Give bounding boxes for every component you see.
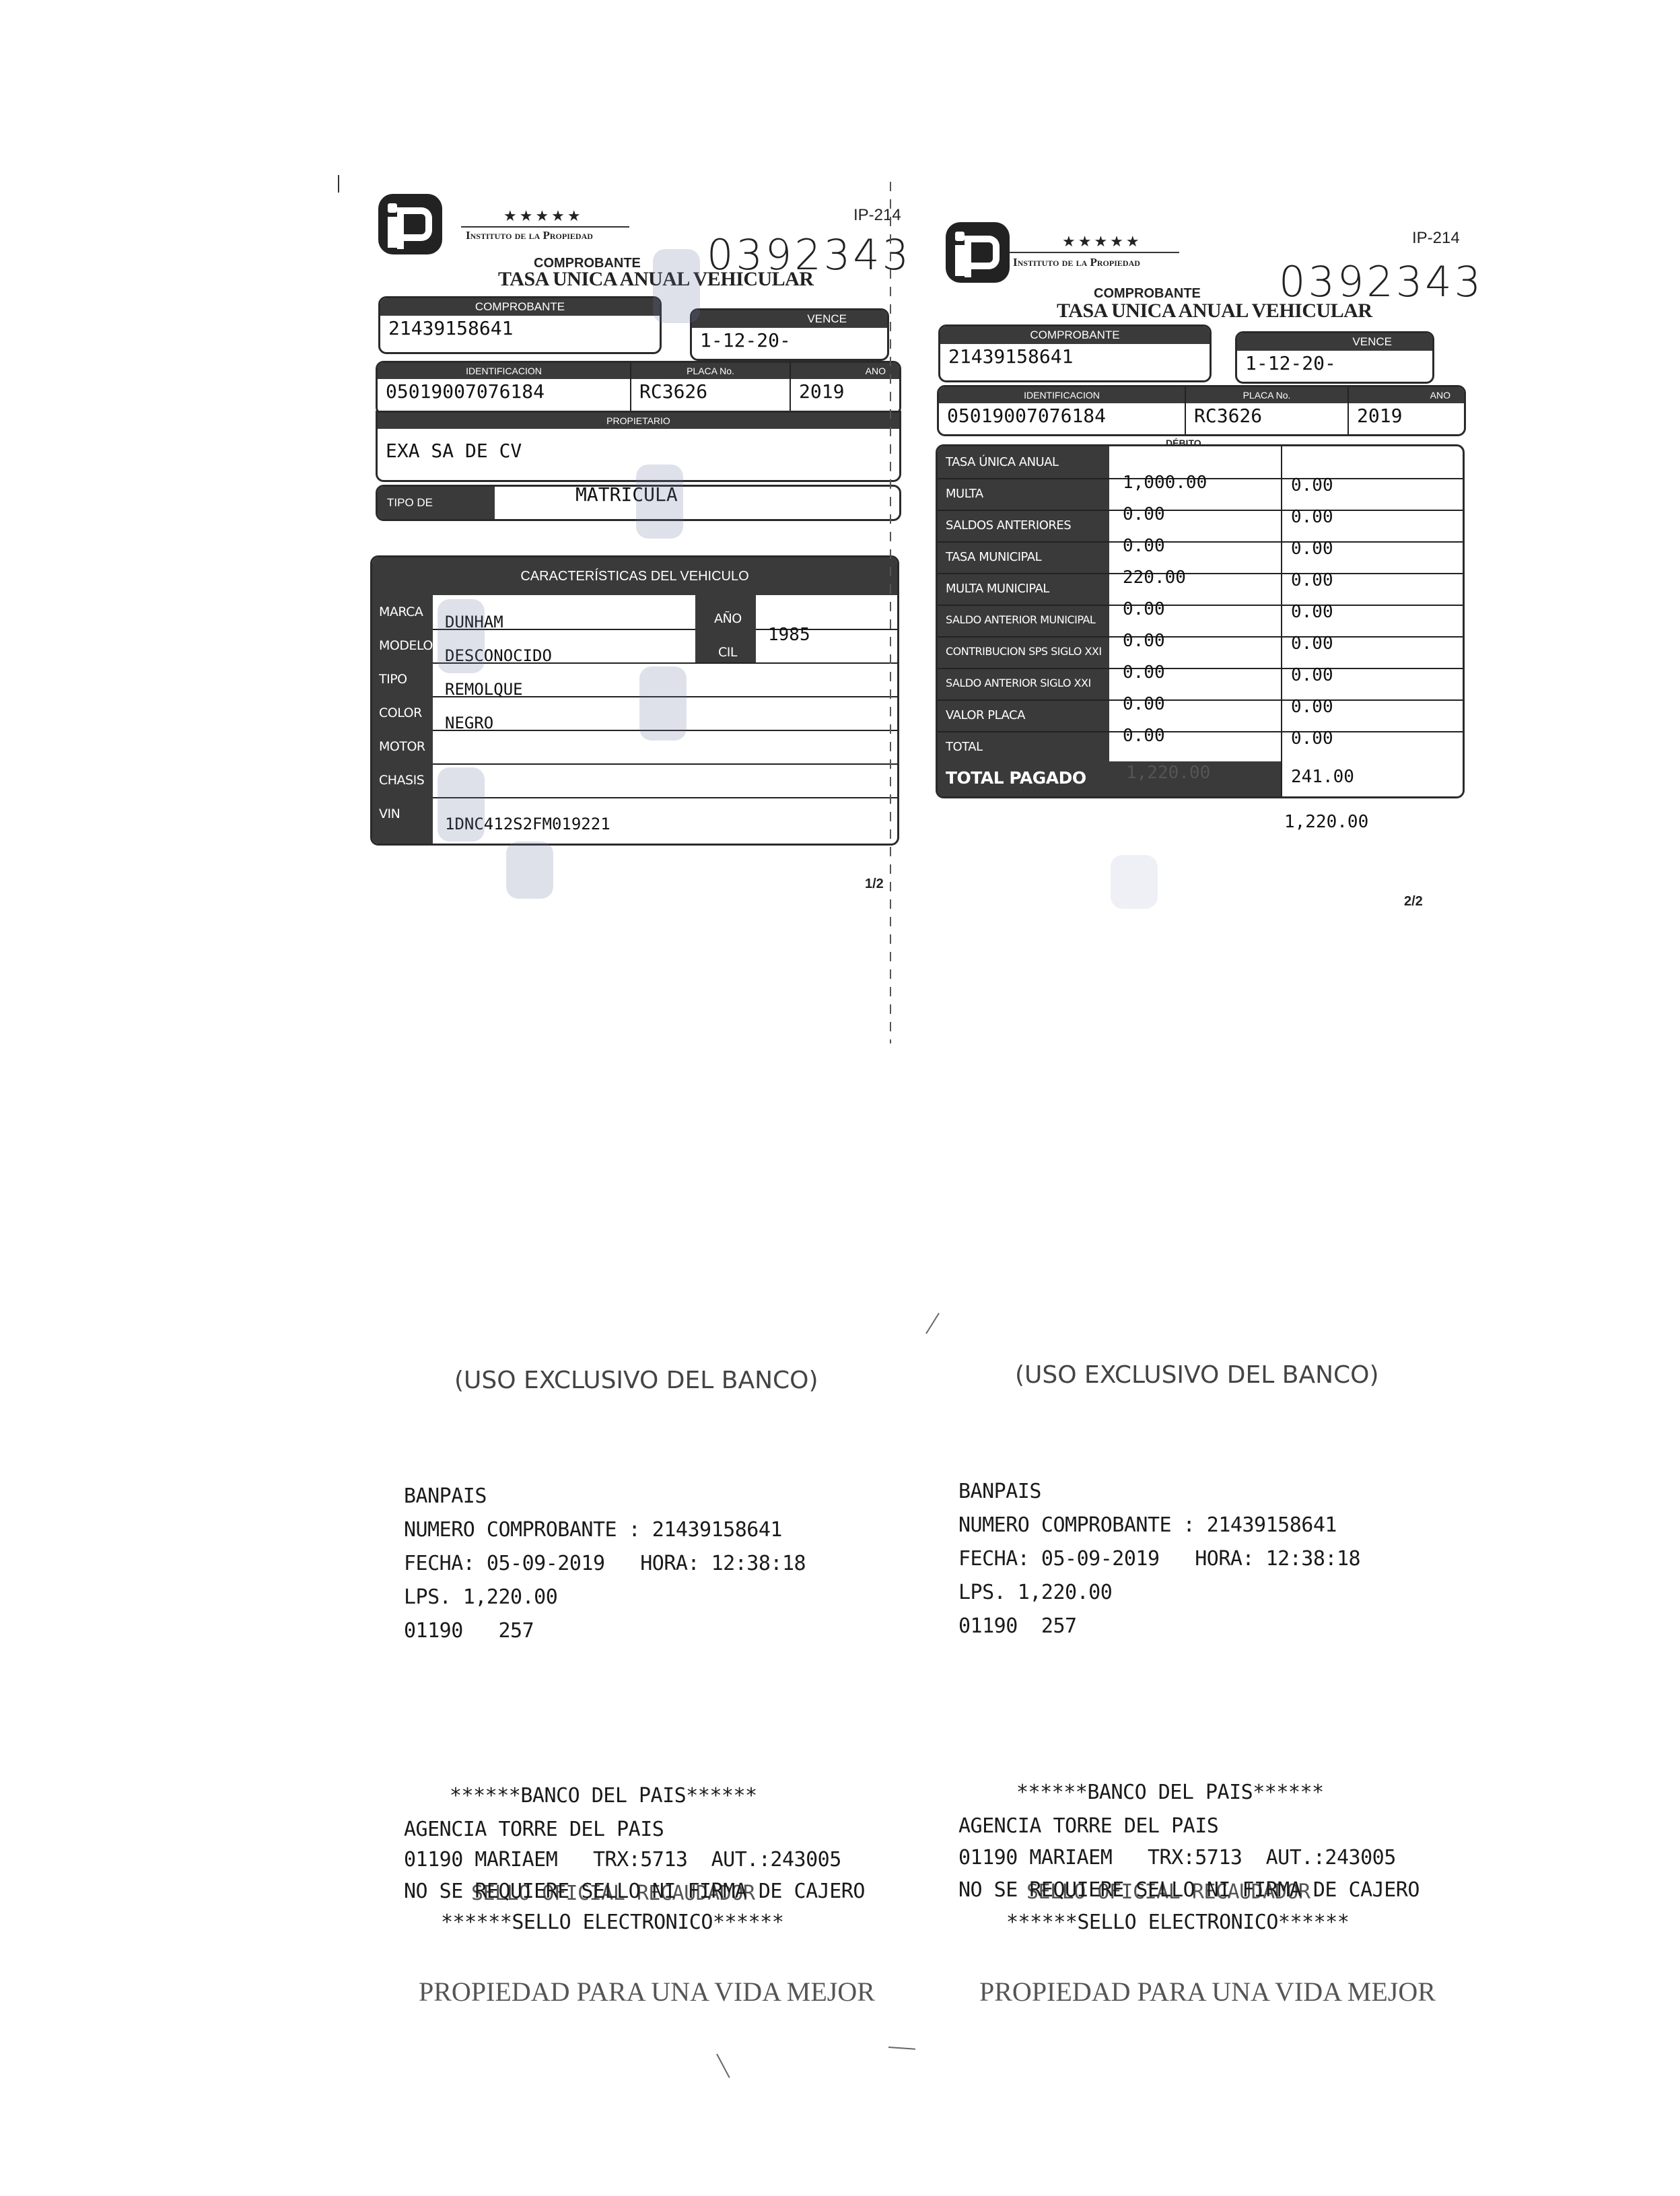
receipt-amount: LPS. 1,220.00: [404, 1585, 557, 1609]
charge-row-debit: 0.00: [1123, 662, 1165, 683]
cut-line: [890, 182, 891, 1043]
slogan: PROPIEDAD PARA UNA VIDA MEJOR: [419, 1976, 875, 2008]
document-title: TASA UNICA ANUAL VEHICULAR: [1057, 300, 1372, 322]
charge-row: [938, 605, 1463, 606]
identificacion-row: IDENTIFICACION 05019007076184 PLACA No. …: [376, 361, 901, 415]
charge-row-credit: 0.00: [1291, 602, 1333, 622]
charge-row-credit: 0.00: [1291, 570, 1333, 590]
vehicle-row: [372, 763, 897, 765]
vehicle-year: 1985: [768, 625, 810, 645]
watermark-icon: [1111, 855, 1158, 909]
charge-row-debit: 0.00: [1123, 726, 1165, 746]
charge-row-debit: 0.00: [1123, 504, 1165, 524]
charge-row-debit: 0.00: [1123, 631, 1165, 651]
charge-row-credit: 0.00: [1291, 728, 1333, 749]
charge-row: [938, 699, 1463, 701]
stars-icon: ★★★★★: [503, 207, 584, 225]
watermark-icon: [438, 599, 485, 673]
charge-row-debit: 0.00: [1123, 536, 1165, 556]
charge-row-label: MULTA MUNICIPAL: [946, 582, 1049, 596]
scan-mark: [716, 2054, 730, 2078]
electronic-seal: ******SELLO ELECTRONICO******: [441, 1911, 783, 1934]
vence-field: VENCE 1-12-20-: [1235, 331, 1434, 384]
charge-row-label: TASA ÚNICA ANUAL: [946, 455, 1059, 469]
charge-row-credit: 0.00: [1291, 475, 1333, 495]
bank-banner: ******BANCO DEL PAIS******: [1016, 1781, 1324, 1804]
form-code: IP-214: [1412, 229, 1460, 248]
vehicle-row-label: COLOR: [379, 706, 422, 720]
ano-value: 2019: [791, 379, 899, 404]
scan-mark: [888, 2047, 915, 2050]
charge-row: [938, 510, 1463, 511]
charge-row-credit: 0.00: [1291, 697, 1333, 717]
charge-row-label: TASA MUNICIPAL: [946, 550, 1041, 564]
receipt-number: NUMERO COMPROBANTE : 21439158641: [404, 1518, 782, 1542]
watermark-icon: [639, 666, 687, 741]
receipt-codes: 01190 257: [958, 1614, 1077, 1638]
comprobante-field: COMPROBANTE 21439158641: [378, 296, 662, 354]
electronic-seal: ******SELLO ELECTRONICO******: [1006, 1911, 1349, 1934]
institution-name: Instituto de la Propiedad: [466, 229, 593, 242]
charge-row-debit: 0.00: [1123, 694, 1165, 714]
cashier-note-overprint: SELLO OFICIAL RECAUDADOR: [1026, 1880, 1310, 1904]
page-number: 2/2: [1404, 894, 1423, 910]
receipt-number: NUMERO COMPROBANTE : 21439158641: [958, 1513, 1337, 1537]
charge-row: [938, 541, 1463, 543]
charge-row-label: MULTA: [946, 487, 983, 501]
identificacion-value: 05019007076184: [378, 379, 630, 404]
bank-name: BANPAIS: [404, 1484, 487, 1508]
bank-banner: ******BANCO DEL PAIS******: [450, 1784, 757, 1808]
agency: AGENCIA TORRE DEL PAIS: [958, 1814, 1218, 1838]
vehicle-row-label: MODELO: [379, 638, 433, 653]
transaction-line: 01190 MARIAEM TRX:5713 AUT.:243005: [404, 1848, 841, 1872]
charge-row-label: SALDO ANTERIOR MUNICIPAL: [946, 613, 1095, 626]
bank-use-header: (USO EXCLUSIVO DEL BANCO): [454, 1367, 818, 1394]
transaction-line: 01190 MARIAEM TRX:5713 AUT.:243005: [958, 1846, 1396, 1869]
total-pagado-extra: 1,220.00: [1284, 812, 1368, 832]
vehicle-row-label: CHASIS: [379, 773, 424, 788]
placa-value: RC3626: [1186, 403, 1347, 428]
vence-field: VENCE 1-12-20-: [690, 308, 889, 361]
charge-row-label: SALDOS ANTERIORES: [946, 518, 1071, 533]
slogan: PROPIEDAD PARA UNA VIDA MEJOR: [979, 1976, 1436, 2008]
charge-row-label: TOTAL: [946, 740, 983, 754]
total-pagado-credit: 241.00: [1291, 767, 1354, 787]
charge-row-credit: 0.00: [1291, 633, 1333, 654]
bank-name: BANPAIS: [958, 1480, 1041, 1503]
charges-table: TASA ÚNICA ANUALMULTA1,000.000.00SALDOS …: [936, 444, 1465, 798]
charge-row-credit: 0.00: [1291, 507, 1333, 527]
charge-row: [938, 668, 1463, 669]
charge-row-debit: 1,000.00: [1123, 473, 1207, 493]
agency: AGENCIA TORRE DEL PAIS: [404, 1818, 664, 1841]
charge-row-credit: 0.00: [1291, 665, 1333, 685]
vehicle-row-label: MOTOR: [379, 739, 425, 754]
vehicle-row-label: MARCA: [379, 605, 423, 619]
charge-row: [938, 573, 1463, 574]
charge-row-label: SALDO ANTERIOR SIGLO XXI: [946, 677, 1091, 689]
charge-row-debit: 0.00: [1123, 599, 1165, 619]
comprobante-field: COMPROBANTE 21439158641: [938, 324, 1212, 382]
charge-row-debit: 220.00: [1123, 568, 1186, 588]
charge-row-label: CONTRIBUCION SPS SIGLO XXI: [946, 645, 1102, 658]
vehicle-row: [372, 696, 897, 697]
page-number: 1/2: [865, 877, 884, 892]
stub-2: ★★★★★ Instituto de la Propiedad IP-214 0…: [929, 209, 1481, 882]
watermark-icon: [653, 249, 700, 323]
total-pagado-label: TOTAL PAGADO: [946, 768, 1086, 788]
ip-logo-icon: [378, 194, 442, 254]
charge-row: [938, 636, 1463, 638]
receipt-date-time: FECHA: 05-09-2019 HORA: 12:38:18: [404, 1552, 806, 1575]
charge-row: [938, 731, 1463, 732]
total-pagado-debit: 1,220.00: [1126, 763, 1210, 783]
receipt-amount: LPS. 1,220.00: [958, 1581, 1112, 1604]
receipt-codes: 01190 257: [404, 1619, 534, 1643]
placa-value: RC3626: [631, 379, 790, 404]
ano-value: 2019: [1349, 403, 1464, 428]
scan-mark: [338, 175, 339, 193]
charge-row-label: VALOR PLACA: [946, 708, 1025, 722]
bank-use-header: (USO EXCLUSIVO DEL BANCO): [1015, 1361, 1379, 1389]
scan-mark: [925, 1313, 940, 1334]
propietario-value: EXA SA DE CV: [378, 429, 899, 463]
watermark-icon: [506, 842, 553, 899]
form-code: IP-214: [853, 206, 901, 225]
cashier-note-overprint: SELLO OFICIAL RECAUDADOR: [471, 1882, 755, 1905]
receipt-date-time: FECHA: 05-09-2019 HORA: 12:38:18: [958, 1547, 1360, 1571]
watermark-icon: [438, 767, 485, 842]
vehicle-row-label: VIN: [379, 807, 400, 821]
vehicle-row: [372, 730, 897, 731]
identificacion-value: 05019007076184: [939, 403, 1185, 428]
ip-logo-icon: [946, 222, 1010, 283]
institution-name: Instituto de la Propiedad: [1013, 256, 1140, 269]
watermark-icon: [636, 465, 683, 539]
vehicle-row-label: TIPO: [379, 672, 407, 687]
identificacion-row: IDENTIFICACION 05019007076184 PLACA No. …: [937, 385, 1466, 436]
stars-icon: ★★★★★: [1062, 233, 1142, 250]
charge-row-credit: 0.00: [1291, 539, 1333, 559]
